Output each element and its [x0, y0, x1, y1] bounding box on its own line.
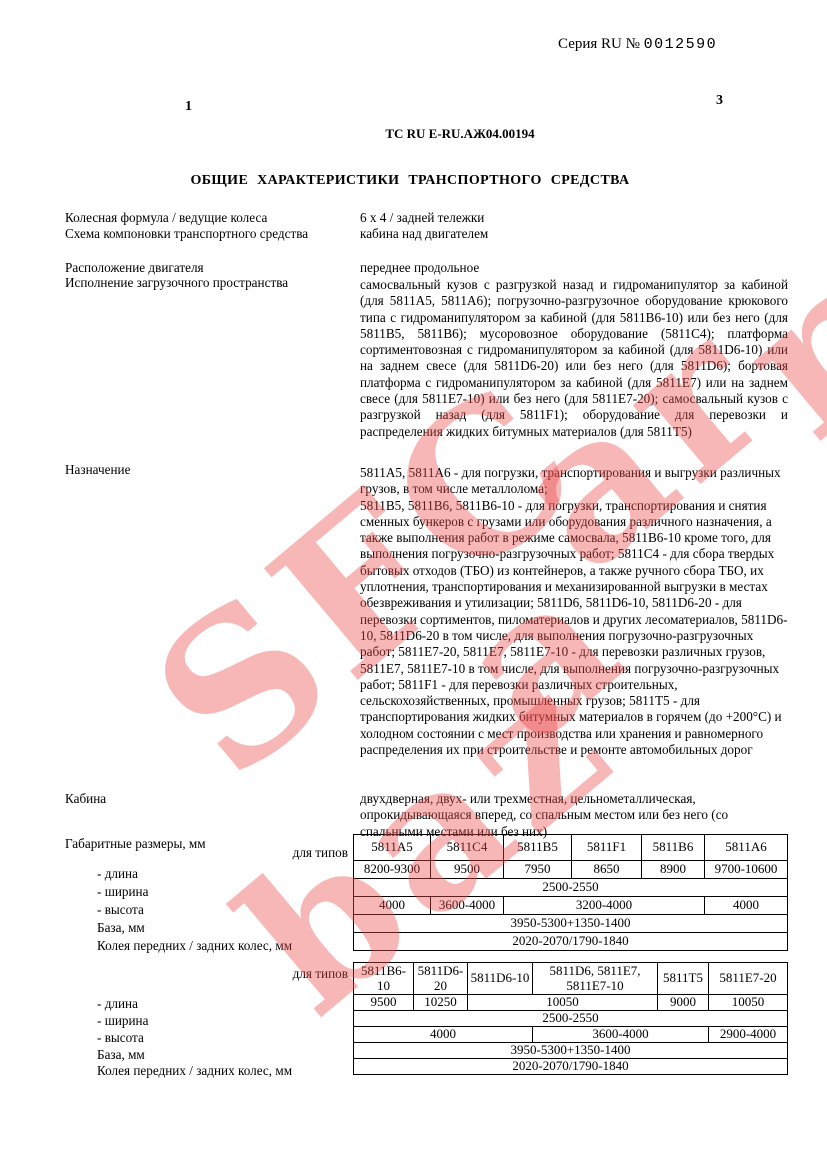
table-cell: 5811D6, 5811E7, 5811E7-10 — [533, 963, 658, 995]
certificate-page: { "page": { "serial_label": "Серия RU №"… — [0, 0, 827, 1170]
table-cell: 9500 — [431, 861, 504, 879]
value-layout-scheme: кабина над двигателем — [360, 226, 788, 242]
table-cell: 3200-4000 — [504, 897, 705, 915]
table-cell: 2500-2550 — [354, 879, 788, 897]
label-purpose: Назначение — [65, 462, 355, 478]
dimensions-section-label: Габаритные размеры, мм — [65, 836, 206, 852]
page-number-right: 3 — [716, 93, 723, 109]
table-cell: 5811A6 — [705, 835, 788, 861]
table-cell: 10250 — [414, 995, 468, 1011]
table-cell: 2900-4000 — [709, 1027, 788, 1043]
table-cell: 4000 — [354, 1027, 533, 1043]
table-cell: 4000 — [705, 897, 788, 915]
types-label-1: для типов — [238, 845, 348, 861]
table-row: 3950-5300+1350-1400 — [354, 1043, 788, 1059]
table-row: 9500 10250 10050 9000 10050 — [354, 995, 788, 1011]
table-cell: 5811C4 — [431, 835, 504, 861]
table-row: 2020-2070/1790-1840 — [354, 1059, 788, 1075]
label-wheel-formula: Колесная формула / ведущие колеса — [65, 210, 355, 226]
table-row: 5811B6-10 5811D6-20 5811D6-10 5811D6, 58… — [354, 963, 788, 995]
table-cell: 4000 — [354, 897, 431, 915]
row-label-length-1: - длина — [97, 866, 138, 882]
table-cell: 2500-2550 — [354, 1011, 788, 1027]
table-cell: 10050 — [468, 995, 658, 1011]
types-label-2: для типов — [238, 966, 348, 982]
row-label-track-2: Колея передних / задних колес, мм — [97, 1063, 292, 1079]
row-label-length-2: - длина — [97, 996, 138, 1012]
label-cargo-space: Исполнение загрузочного пространства — [65, 275, 355, 291]
approval-number: ТС RU E-RU.АЖ04.00194 — [300, 126, 620, 142]
table-cell: 5811D6-20 — [414, 963, 468, 995]
page-title: ОБЩИЕ ХАРАКТЕРИСТИКИ ТРАНСПОРТНОГО СРЕДС… — [0, 173, 820, 189]
table-cell: 5811T5 — [658, 963, 709, 995]
value-purpose: 5811A5, 5811A6 - для погрузки, транспорт… — [360, 465, 788, 758]
row-label-width-1: - ширина — [97, 884, 148, 900]
table-cell: 10050 — [709, 995, 788, 1011]
table-cell: 2020-2070/1790-1840 — [354, 1059, 788, 1075]
table-row: 2020-2070/1790-1840 — [354, 933, 788, 951]
label-engine-position: Расположение двигателя — [65, 260, 355, 276]
table-cell: 3950-5300+1350-1400 — [354, 1043, 788, 1059]
table-cell: 3950-5300+1350-1400 — [354, 915, 788, 933]
table-cell: 5811B6-10 — [354, 963, 414, 995]
value-engine-position: переднее продольное — [360, 260, 788, 276]
table-cell: 8900 — [642, 861, 705, 879]
serial-number: 0012590 — [644, 36, 718, 53]
value-wheel-formula: 6 х 4 / задней тележки — [360, 210, 788, 226]
row-label-height-2: - высота — [97, 1030, 144, 1046]
table-cell: 8200-9300 — [354, 861, 431, 879]
table-cell: 5811F1 — [572, 835, 642, 861]
value-cargo-space: самосвальный кузов с разгрузкой назад и … — [360, 277, 788, 440]
page-number-left: 1 — [185, 99, 192, 115]
table-row: 3950-5300+1350-1400 — [354, 915, 788, 933]
table-cell: 3600-4000 — [431, 897, 504, 915]
table-cell: 5811E7-20 — [709, 963, 788, 995]
row-label-width-2: - ширина — [97, 1013, 148, 1029]
table-row: 2500-2550 — [354, 1011, 788, 1027]
table-cell: 5811A5 — [354, 835, 431, 861]
label-cab: Кабина — [65, 791, 355, 807]
table-row: 2500-2550 — [354, 879, 788, 897]
row-label-track-1: Колея передних / задних колес, мм — [97, 938, 292, 954]
serial-line: Серия RU № 0012590 — [558, 36, 717, 53]
row-label-base-2: База, мм — [97, 1047, 145, 1063]
table-row: 4000 3600-4000 3200-4000 4000 — [354, 897, 788, 915]
table-cell: 5811B5 — [504, 835, 572, 861]
table-cell: 7950 — [504, 861, 572, 879]
table-cell: 9700-10600 — [705, 861, 788, 879]
table-row: 8200-9300 9500 7950 8650 8900 9700-10600 — [354, 861, 788, 879]
dimensions-table-2: 5811B6-10 5811D6-20 5811D6-10 5811D6, 58… — [353, 962, 788, 1075]
dimensions-table-1: 5811A5 5811C4 5811B5 5811F1 5811B6 5811A… — [353, 834, 788, 951]
value-cab: двухдверная, двух- или трехместная, цель… — [360, 791, 788, 840]
table-row: 4000 3600-4000 2900-4000 — [354, 1027, 788, 1043]
table-cell: 2020-2070/1790-1840 — [354, 933, 788, 951]
table-cell: 9500 — [354, 995, 414, 1011]
table-row: 5811A5 5811C4 5811B5 5811F1 5811B6 5811A… — [354, 835, 788, 861]
table-cell: 9000 — [658, 995, 709, 1011]
table-cell: 5811D6-10 — [468, 963, 533, 995]
serial-label: Серия RU № — [558, 36, 640, 52]
row-label-base-1: База, мм — [97, 920, 145, 936]
table-cell: 3600-4000 — [533, 1027, 709, 1043]
table-cell: 8650 — [572, 861, 642, 879]
label-layout-scheme: Схема компоновки транспортного средства — [65, 226, 355, 242]
row-label-height-1: - высота — [97, 902, 144, 918]
table-cell: 5811B6 — [642, 835, 705, 861]
